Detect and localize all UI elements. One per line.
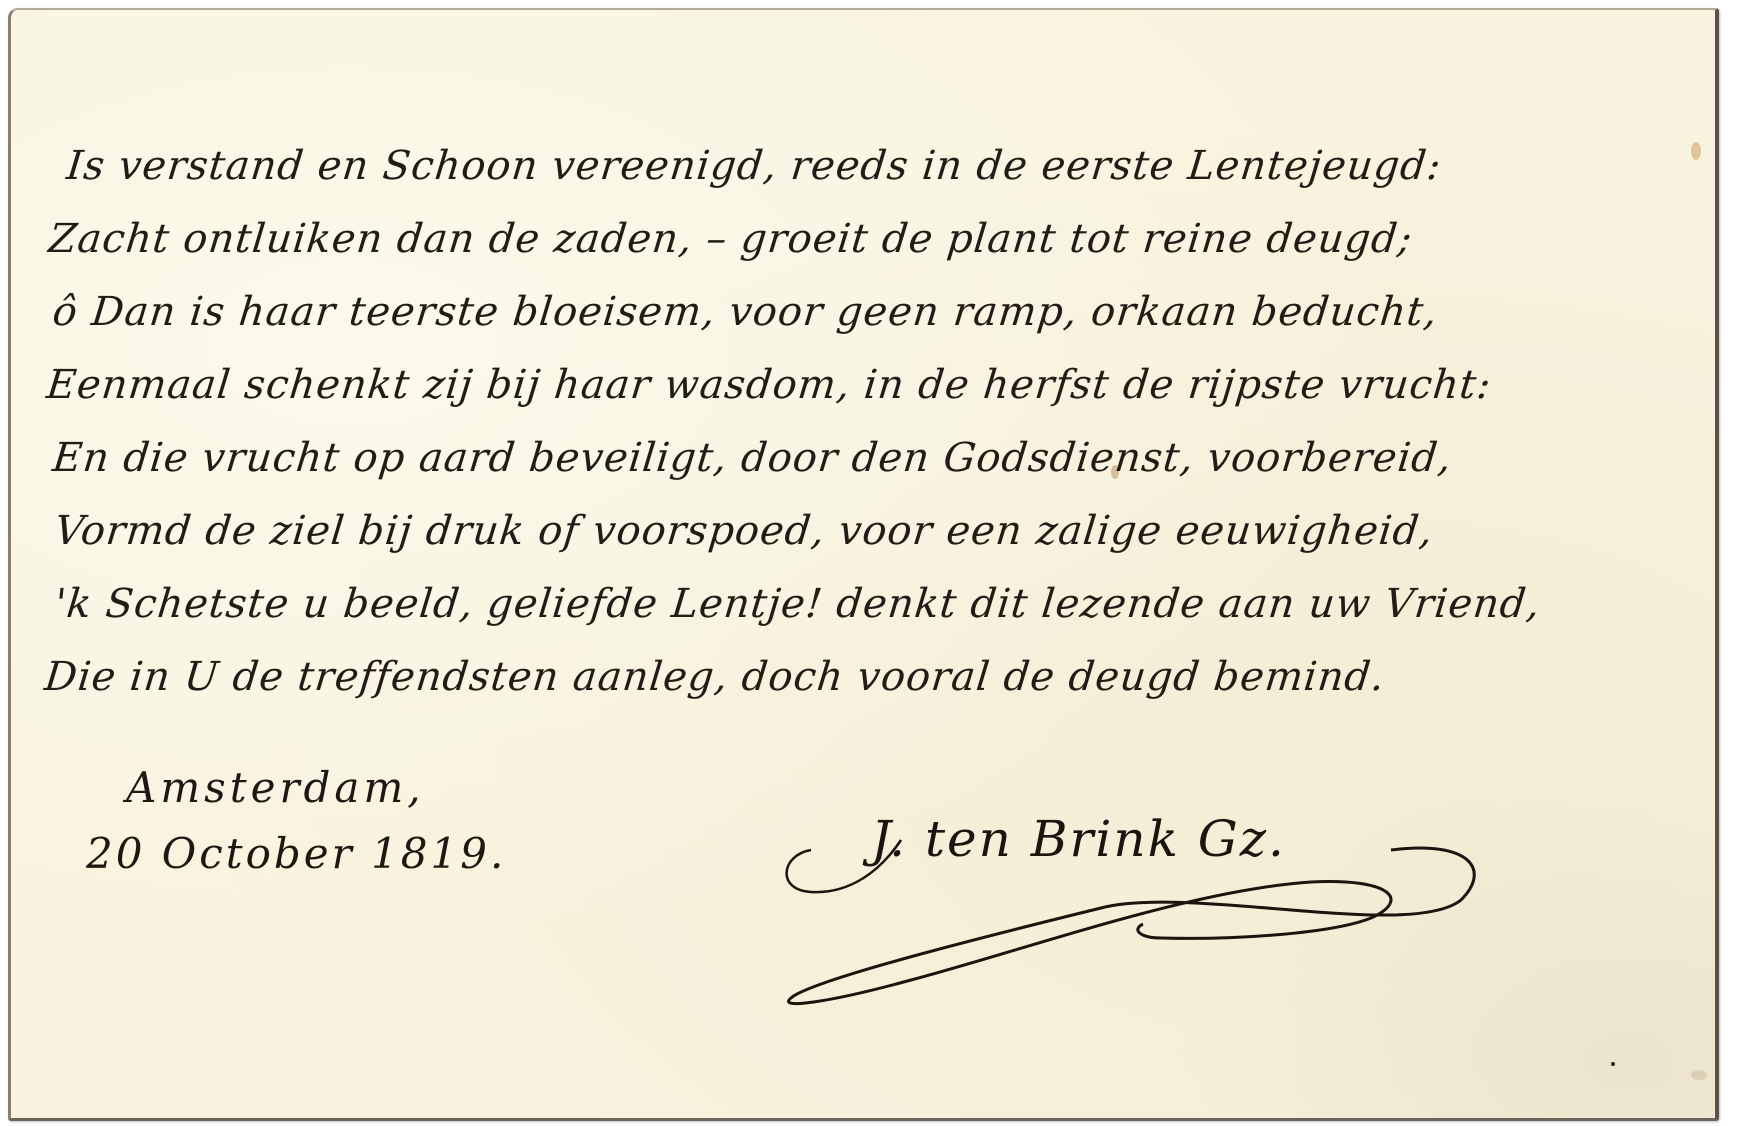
poem-line: ô Dan is haar teerste bloeisem, voor gee… <box>41 276 1729 349</box>
paper-stain <box>1691 1070 1707 1080</box>
poem-line: Is verstand en Schoon vereenigd, reeds i… <box>41 130 1729 203</box>
poem-line: Vormd de ziel bij druk of voorspoed, voo… <box>41 495 1729 568</box>
poem-line: 'k Schetste u beeld, geliefde Lentje! de… <box>41 568 1729 641</box>
poem-line: Eenmaal schenkt zij bij haar wasdom, in … <box>41 349 1729 422</box>
date: 20 October 1819. <box>86 821 506 887</box>
place-and-date: Amsterdam, 20 October 1819. <box>86 755 506 887</box>
ink-dot <box>1611 1062 1615 1066</box>
album-card: Is verstand en Schoon vereenigd, reeds i… <box>8 8 1719 1121</box>
place: Amsterdam, <box>86 755 506 821</box>
signature: J. ten Brink Gz. <box>871 810 1286 868</box>
poem-line: Zacht ontluiken dan de zaden, – groeit d… <box>41 203 1729 276</box>
poem-line: En die vrucht op aard beveiligt, door de… <box>41 422 1729 495</box>
poem-line: Die in U de treffendsten aanleg, doch vo… <box>41 641 1729 714</box>
poem-body: Is verstand en Schoon vereenigd, reeds i… <box>41 130 1721 714</box>
